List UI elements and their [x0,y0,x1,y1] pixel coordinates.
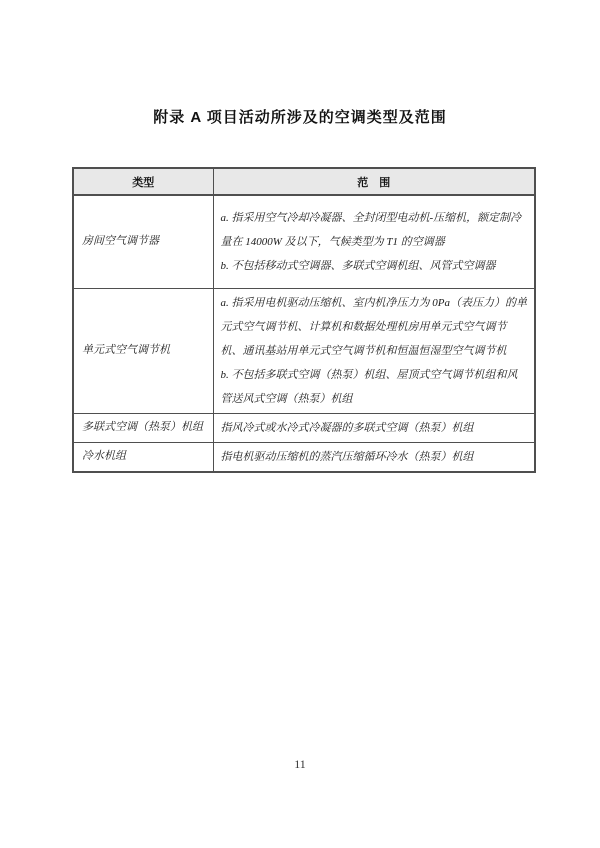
type-cell: 房间空气调节器 [73,195,213,288]
scope-paragraph: a. 指采用电机驱动压缩机、室内机净压力为 0Pa（表压力）的单元式空气调节机、… [221,291,529,363]
table-row: 单元式空气调节机 a. 指采用电机驱动压缩机、室内机净压力为 0Pa（表压力）的… [73,288,535,413]
page-number: 11 [0,757,600,772]
scope-paragraph: b. 不包括移动式空调器、多联式空调机组、风管式空调器 [221,254,529,278]
page-title: 附录 A 项目活动所涉及的空调类型及范围 [0,106,600,127]
scope-cell: 指风冷式或水冷式冷凝器的多联式空调（热泵）机组 [213,413,535,442]
type-cell: 多联式空调（热泵）机组 [73,413,213,442]
scope-paragraph: 指电机驱动压缩机的蒸汽压缩循环冷水（热泵）机组 [221,445,529,469]
table-row: 房间空气调节器 a. 指采用空气冷却冷凝器、全封闭型电动机-压缩机，额定制冷量在… [73,195,535,288]
table-row: 冷水机组 指电机驱动压缩机的蒸汽压缩循环冷水（热泵）机组 [73,442,535,472]
scope-cell: 指电机驱动压缩机的蒸汽压缩循环冷水（热泵）机组 [213,442,535,472]
scope-paragraph: a. 指采用空气冷却冷凝器、全封闭型电动机-压缩机，额定制冷量在 14000W … [221,206,529,254]
document-page: 附录 A 项目活动所涉及的空调类型及范围 类型 范 围 房间空气调节器 a. 指… [0,0,600,848]
ac-types-table: 类型 范 围 房间空气调节器 a. 指采用空气冷却冷凝器、全封闭型电动机-压缩机… [72,167,536,473]
col-header-type: 类型 [73,168,213,195]
scope-paragraph: 指风冷式或水冷式冷凝器的多联式空调（热泵）机组 [221,416,529,440]
type-cell: 单元式空气调节机 [73,288,213,413]
col-header-scope: 范 围 [213,168,535,195]
table-header-row: 类型 范 围 [73,168,535,195]
table-row: 多联式空调（热泵）机组 指风冷式或水冷式冷凝器的多联式空调（热泵）机组 [73,413,535,442]
scope-cell: a. 指采用电机驱动压缩机、室内机净压力为 0Pa（表压力）的单元式空气调节机、… [213,288,535,413]
scope-cell: a. 指采用空气冷却冷凝器、全封闭型电动机-压缩机，额定制冷量在 14000W … [213,195,535,288]
scope-paragraph: b. 不包括多联式空调（热泵）机组、屋顶式空气调节机组和风管送风式空调（热泵）机… [221,363,529,411]
type-cell: 冷水机组 [73,442,213,472]
